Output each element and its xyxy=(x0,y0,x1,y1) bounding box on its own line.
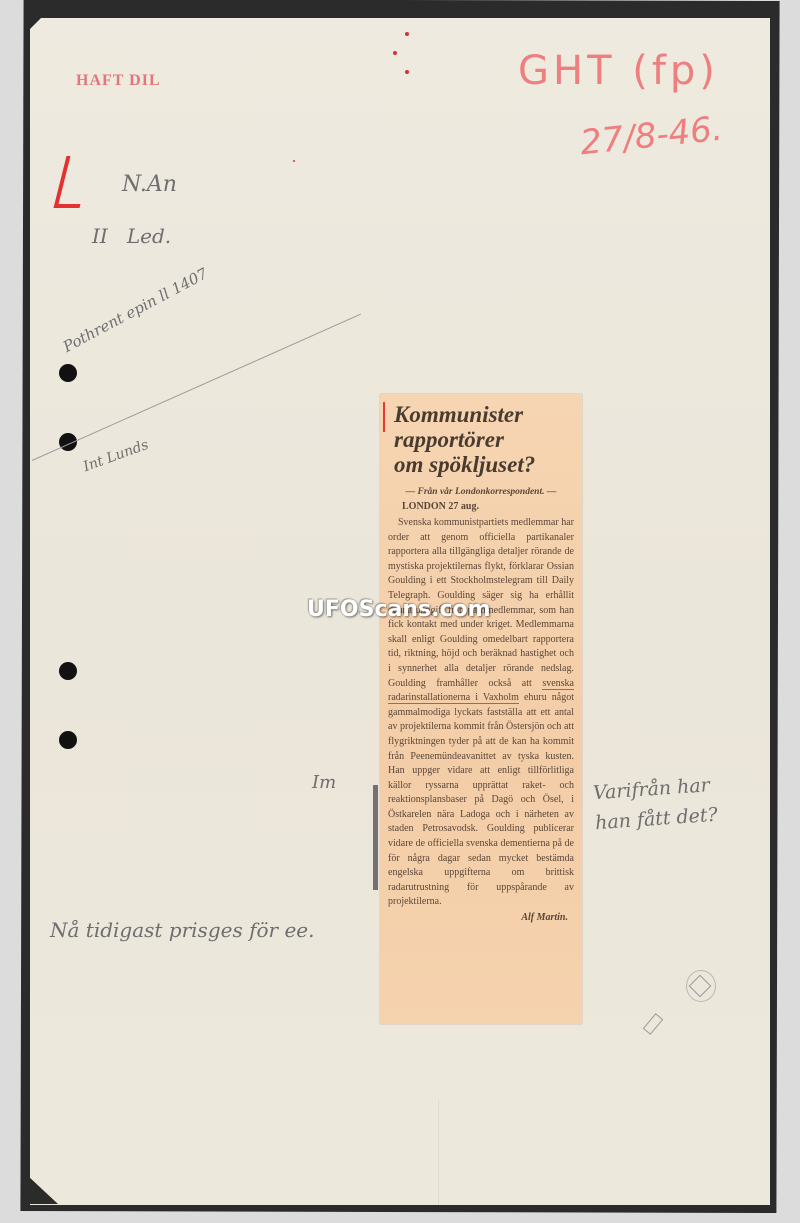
handwritten-roman-and-signature: II Led. xyxy=(92,224,171,248)
handwritten-initials: N.An xyxy=(122,172,177,197)
red-margin-mark xyxy=(383,402,385,432)
red-stamp: HAFT DIL xyxy=(76,72,161,90)
punch-hole-icon xyxy=(59,662,77,680)
folded-corner-top-left xyxy=(28,17,42,31)
punch-hole-icon xyxy=(59,731,77,749)
clipping-dateline: LONDON 27 aug. xyxy=(402,501,574,512)
headline-line-1: Kommunister xyxy=(394,402,574,427)
reference-code: GHT (fp) xyxy=(518,48,719,94)
red-ink-dot xyxy=(293,160,295,162)
body-part-2: ehuru något gammalmodiga lyckats faststä… xyxy=(388,692,574,907)
bottom-left-note: Nå tidigast prisges för ee. xyxy=(50,918,314,942)
mid-margin-initials: Im xyxy=(312,772,336,793)
handwritten-roman: II xyxy=(92,224,108,248)
folded-corner-bottom-left xyxy=(28,1176,58,1204)
headline-line-2: rapportörer xyxy=(394,427,574,452)
newspaper-clipping: Kommunister rapportörer om spökljuset? —… xyxy=(380,394,582,1024)
clipping-body: Svenska kommunistpartiets medlemmar har … xyxy=(388,516,574,910)
watermark: UFOScans.com xyxy=(307,597,491,622)
punch-hole-icon xyxy=(59,364,77,382)
headline-line-3: om spökljuset? xyxy=(394,452,574,477)
red-ink-dot xyxy=(393,51,397,55)
right-margin-question: Varifrån har han fått det? xyxy=(592,770,719,838)
paper-crease xyxy=(437,1100,439,1205)
pencil-margin-bar xyxy=(373,785,378,890)
clipping-author: Alf Martin. xyxy=(388,912,574,923)
red-ink-dot xyxy=(405,32,409,36)
clipping-byline: — Från vår Londonkorrespondent. — xyxy=(388,487,574,497)
handwritten-signature: Led. xyxy=(127,224,171,248)
clipping-headline: Kommunister rapportörer om spökljuset? xyxy=(394,402,574,477)
red-ink-dot xyxy=(405,70,409,74)
